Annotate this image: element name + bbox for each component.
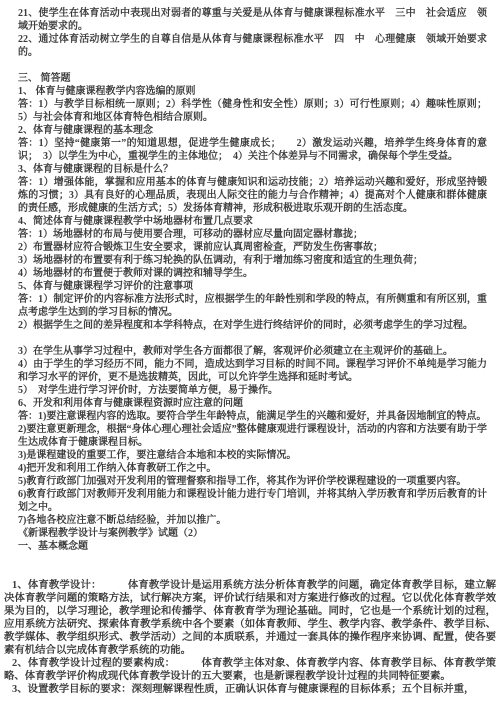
answer-6-item-7: 7)各地各校应注意不断总结经验，并加以推广。 xyxy=(18,514,487,527)
answer-5-item-3: 3）在学生从事学习过程中，教师对学生各方面都很了解，客观评价必须建立在主观评价的… xyxy=(18,345,487,358)
answer-5-item-2: 2）根据学生之间的差异程度和本学科特点，在对学生进行终结评价的同时，必须考虑学生… xyxy=(18,319,487,332)
section-exam2-concepts: 1、体育教学设计： 体育教学设计是运用系统方法分析体育教学的问题，确定体育教学目… xyxy=(0,579,500,696)
blank-line xyxy=(18,59,487,72)
question-5-title: 5、体育与健康课程学习评价的注意事项 xyxy=(18,280,487,293)
concept-3-goal-requirements: 3、设置教学目标的要求：深刻理解课程性质，正确认识体育与健康课程的目标体系；五个… xyxy=(4,683,496,696)
question-3-title: 3、体育与健康课程的目标是什么？ xyxy=(18,163,487,176)
answer-4-item-4: 4）场地器材的布置便于教师对课的调控和辅导学生。 xyxy=(18,267,487,280)
paragraph-q21: 21、使学生在体育活动中表现出对弱者的尊重与关爱是从体育与健康课程标准水平 三中… xyxy=(18,7,487,33)
document-page: 21、使学生在体育活动中表现出对弱者的尊重与关爱是从体育与健康课程标准水平 三中… xyxy=(0,0,500,708)
question-4-title: 4、简述体育与健康课程教学中场地器材布置几点要求 xyxy=(18,215,487,228)
blank-line xyxy=(18,332,487,345)
section-gap xyxy=(0,553,500,579)
answer-6-item-5: 5)教育行政部门加强对开发利用的管理督察和指导工作，将其作为评价学校课程建设的一… xyxy=(18,475,487,488)
answer-2: 答：1）坚持“健康第一”的知道思想，促进学生健康成长； 2）激发运动兴趣，培养学… xyxy=(18,137,487,163)
answer-4-item-3: 3）场地器材的布置要有利于练习轮换的队伍调动，有利于增加练习密度和适宜的生理负荷… xyxy=(18,254,487,267)
heading-section-three: 三、 简答题 xyxy=(18,72,487,85)
paper-2-title: 《新课程教学设计与案例教学》试题（2） xyxy=(18,527,487,540)
answer-5-item-4: 4）由于学生的学习经历不同，能力不同，造成达到学习目标的时间不同。课程学习评价不… xyxy=(18,358,487,384)
answer-1: 答：1）与教学目标相统一原则；2）科学性（健身性和安全性）原则；3）可行性原则；… xyxy=(18,98,487,124)
answer-6-item-6: 6)教育行政部门对教师开发利用能力和课程设计能力进行专门培训，并将其纳入学历教育… xyxy=(18,488,487,514)
question-1-title: 1、 体育与健康课程教学内容选编的原则 xyxy=(18,85,487,98)
answer-6-item-3: 3)是课程建设的重要工作，要注意结合本地和本校的实际情况。 xyxy=(18,449,487,462)
concept-1-pe-teaching-design: 1、体育教学设计： 体育教学设计是运用系统方法分析体育教学的问题，确定体育教学目… xyxy=(4,579,496,657)
question-2-title: 2、体育与健康课程的基本理念 xyxy=(18,124,487,137)
concept-2-design-elements: 2、体育教学设计过程的要素构成： 体育教学主体对象、体育教学内容、体育教学目标、… xyxy=(4,657,496,683)
heading-section-one-concepts: 一、基本概念题 xyxy=(18,540,487,553)
answer-6-item-2: 2)要注意更新理念，根据“身体心理心理社会适应”整体健康观进行课程设计，活动的内… xyxy=(18,423,487,449)
answer-5-item-5: 5） 对学生进行学习评价时，方法要简单方便，易于操作。 xyxy=(18,384,487,397)
answer-4-item-1: 答：1）场地器材的布局与使用要合理，可移动的器材应尽量向固定器材靠拢； xyxy=(18,228,487,241)
answer-4-item-2: 2）布置器材应符合锻炼卫生安全要求，课前应认真周密检查，严防发生伤害事故； xyxy=(18,241,487,254)
question-6-title: 6、开发和利用体育与健康课程资源时应注意的问题 xyxy=(18,397,487,410)
answer-3: 答：1）增强体能，掌握和应用基本的体育与健康知识和运动技能；2）培养运动兴趣和爱… xyxy=(18,176,487,215)
answer-6-item-4: 4)把开发和利用工作纳入体育教研工作之中。 xyxy=(18,462,487,475)
answer-6-item-1: 答：1)要注意课程内容的选取。要符合学生年龄特点，能满足学生的兴趣和爱好，并具备… xyxy=(18,410,487,423)
answer-5-item-1: 答：1）制定评价的内容标准方法形式时，应根据学生的年龄性别和学段的特点，有所侧重… xyxy=(18,293,487,319)
section-exam1-short-answers: 21、使学生在体育活动中表现出对弱者的尊重与关爱是从体育与健康课程标准水平 三中… xyxy=(0,7,500,553)
paragraph-q22: 22、通过体育活动树立学生的自尊自信是从体育与健康课程标准水平 四 中 心理健康… xyxy=(18,33,487,59)
